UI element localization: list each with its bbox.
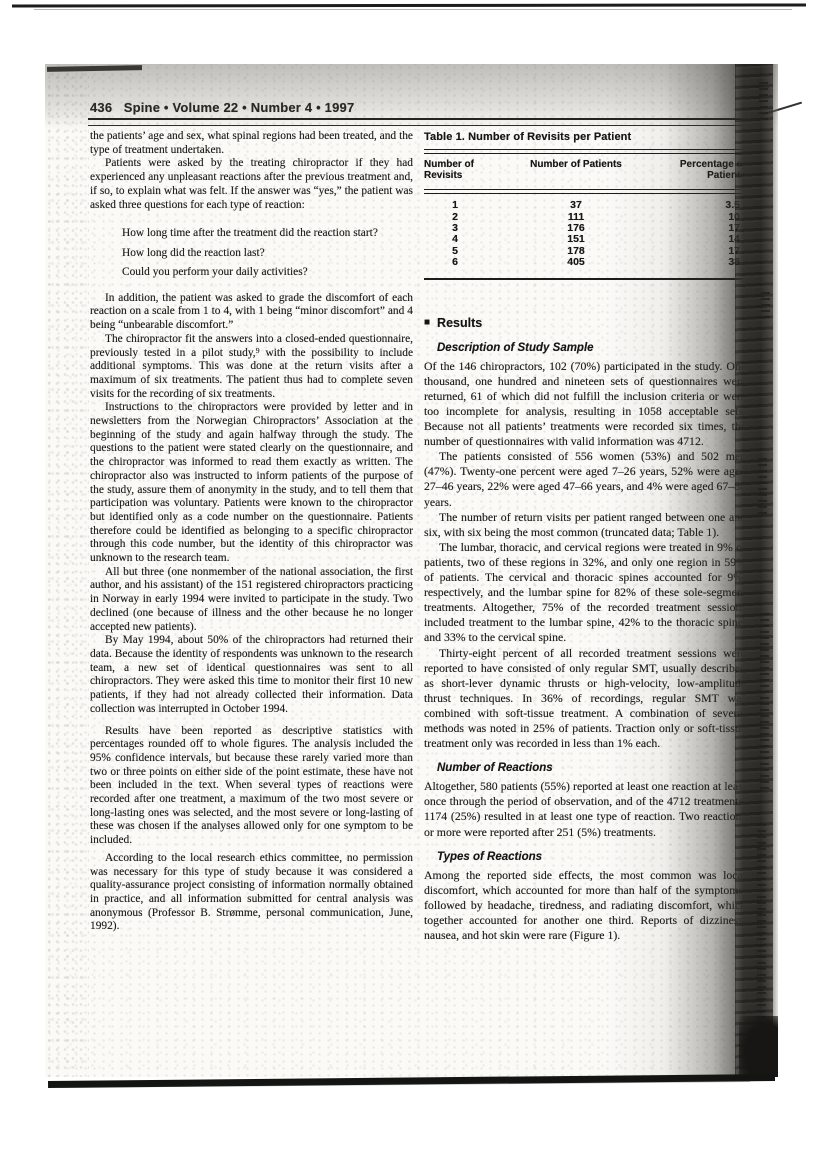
scanned-page: 436 Spine • Volume 22 • Number 4 • 1997 … xyxy=(45,64,778,1077)
table-title: Table 1. Number of Revisits per Patient xyxy=(424,130,746,145)
adjacent-page-text-artifact xyxy=(758,454,767,514)
photocopy-noise-left-margin xyxy=(45,64,89,1077)
body-paragraph: The patients consisted of 556 women (53%… xyxy=(424,449,746,509)
running-head-rule xyxy=(88,118,748,126)
question-item: How long time after the treatment did th… xyxy=(122,224,413,244)
body-paragraph: Instructions to the chiropractors were p… xyxy=(90,401,413,565)
right-column: Table 1. Number of Revisits per Patient … xyxy=(424,130,746,943)
cell-percentage: 3.5 xyxy=(666,200,746,211)
question-list: How long time after the treatment did th… xyxy=(122,224,413,283)
scan-edge-top-line xyxy=(12,3,806,7)
table-row: 5 178 17 xyxy=(424,246,746,257)
cell-patients: 405 xyxy=(486,257,666,268)
results-heading-label: Results xyxy=(437,316,482,331)
cell-percentage: 14 xyxy=(666,234,746,245)
table-row: 4 151 14 xyxy=(424,234,746,245)
table-row: 3 176 17 xyxy=(424,223,746,234)
adjacent-page-edge xyxy=(773,64,778,1077)
left-column: the patients’ age and sex, what spinal r… xyxy=(90,130,413,934)
table-body: 1 37 3.5 2 111 10 3 176 17 4 151 14 xyxy=(424,194,746,273)
scan-artifact-corner-blob xyxy=(739,1016,778,1077)
table-row: 1 37 3.5 xyxy=(424,200,746,211)
body-paragraph: Results have been reported as descriptiv… xyxy=(90,725,413,848)
journal-running-head: 436 Spine • Volume 22 • Number 4 • 1997 xyxy=(90,100,354,115)
column-header-percentage: Percentage of Patients xyxy=(666,159,746,181)
table-1: Table 1. Number of Revisits per Patient … xyxy=(424,130,746,282)
body-paragraph: Patients were asked by the treating chir… xyxy=(90,157,413,212)
adjacent-page-text-artifact xyxy=(761,292,770,318)
cell-revisits: 1 xyxy=(424,200,486,211)
column-header-revisits: Number of Revisits xyxy=(424,159,486,181)
table-rule-bottom xyxy=(424,278,746,282)
body-paragraph: Of the 146 chiropractors, 102 (70%) part… xyxy=(424,359,746,450)
body-paragraph: The chiropractor fit the answers into a … xyxy=(90,333,413,402)
subheading-types-of-reactions: Types of Reactions xyxy=(437,850,746,865)
table-header-row: Number of Revisits Number of Patients Pe… xyxy=(424,154,746,185)
body-paragraph: the patients’ age and sex, what spinal r… xyxy=(90,130,413,157)
cell-patients: 37 xyxy=(486,200,666,211)
adjacent-page-text-artifact xyxy=(757,824,766,1024)
question-item: Could you perform your daily activities? xyxy=(122,263,413,283)
subheading-description-of-study-sample: Description of Study Sample xyxy=(437,341,746,356)
scan-edge-top-line-faint xyxy=(34,9,792,10)
section-marker-square-icon: ■ xyxy=(424,318,430,328)
body-paragraph: All but three (one nonmember of the nati… xyxy=(90,566,413,635)
body-paragraph: Altogether, 580 patients (55%) reported … xyxy=(424,779,746,839)
subheading-number-of-reactions: Number of Reactions xyxy=(437,761,746,776)
question-item: How long did the reaction last? xyxy=(122,244,413,264)
results-section-heading: ■ Results xyxy=(424,316,746,331)
cell-patients: 151 xyxy=(486,234,666,245)
body-paragraph: Among the reported side effects, the mos… xyxy=(424,868,746,943)
body-paragraph: According to the local research ethics c… xyxy=(90,852,413,934)
body-paragraph: The lumbar, thoracic, and cervical regio… xyxy=(424,540,746,646)
table-row: 6 405 38 xyxy=(424,257,746,268)
body-paragraph: The number of return visits per patient … xyxy=(424,510,746,540)
scan-artifact-diagonal xyxy=(746,102,802,121)
cell-revisits: 4 xyxy=(424,234,486,245)
cell-percentage: 38 xyxy=(666,257,746,268)
table-row: 2 111 10 xyxy=(424,212,746,223)
column-header-patients: Number of Patients xyxy=(486,159,666,170)
cell-revisits: 6 xyxy=(424,257,486,268)
adjacent-page-text-artifact xyxy=(760,609,769,789)
scan-artifact-corner-streak xyxy=(47,65,142,72)
body-paragraph: By May 1994, about 50% of the chiropract… xyxy=(90,634,413,716)
body-paragraph: In addition, the patient was asked to gr… xyxy=(90,292,413,333)
scanned-journal-page: { "page": { "journal_header": "436 Spine… xyxy=(0,0,828,1169)
body-paragraph: Thirty-eight percent of all recorded tre… xyxy=(424,646,746,752)
